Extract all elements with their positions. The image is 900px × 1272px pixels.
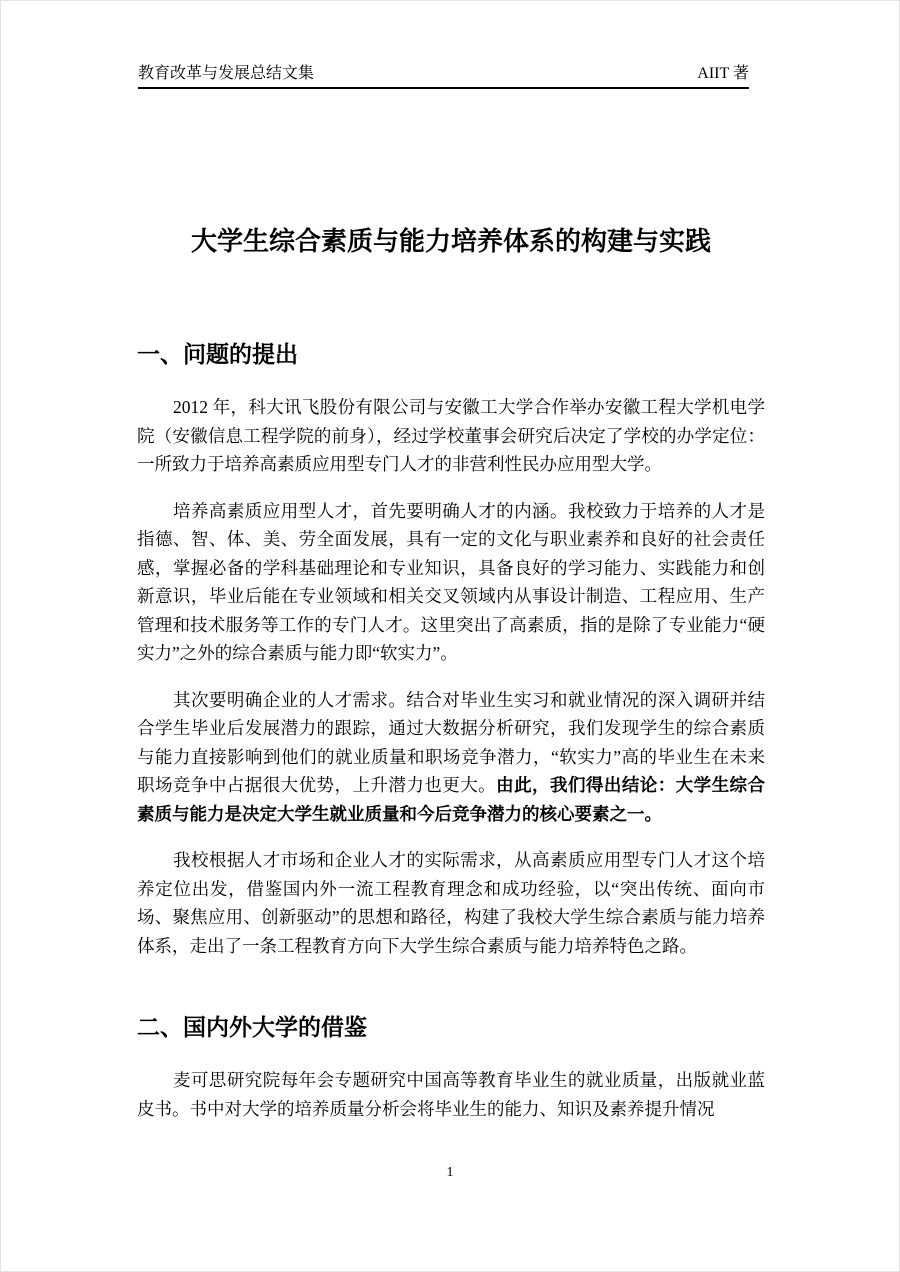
page-footer: 1 xyxy=(1,1165,899,1181)
paragraph-5: 麦可思研究院每年会专题研究中国高等教育毕业生的就业质量，出版就业蓝皮书。书中对大… xyxy=(137,1066,765,1123)
page-number: 1 xyxy=(447,1165,454,1180)
paragraph-2: 培养高素质应用型人才，首先要明确人才的内涵。我校致力于培养的人才是指德、智、体、… xyxy=(137,497,765,668)
paragraph-2-text: 培养高素质应用型人才，首先要明确人才的内涵。我校致力于培养的人才是指德、智、体、… xyxy=(137,501,765,664)
paragraph-1: 2012 年，科大讯飞股份有限公司与安徽工大学合作举办安徽工程大学机电学院（安徽… xyxy=(137,393,765,479)
document-title: 大学生综合素质与能力培养体系的构建与实践 xyxy=(137,1,765,259)
section-2-heading: 二、国内外大学的借鉴 xyxy=(137,1012,765,1042)
document-page: 教育改革与发展总结文集 AIIT 著 大学生综合素质与能力培养体系的构建与实践 … xyxy=(0,0,900,1272)
paragraph-3: 其次要明确企业的人才需求。结合对毕业生实习和就业情况的深入调研并结合学生毕业后发… xyxy=(137,686,765,829)
section-1-heading: 一、问题的提出 xyxy=(137,339,765,369)
document-content: 大学生综合素质与能力培养体系的构建与实践 一、问题的提出 2012 年，科大讯飞… xyxy=(137,1,765,1123)
paragraph-4-text: 我校根据人才市场和企业人才的实际需求，从高素质应用型专门人才这个培养定位出发，借… xyxy=(137,850,765,956)
paragraph-4: 我校根据人才市场和企业人才的实际需求，从高素质应用型专门人才这个培养定位出发，借… xyxy=(137,846,765,960)
paragraph-5-text: 麦可思研究院每年会专题研究中国高等教育毕业生的就业质量，出版就业蓝皮书。书中对大… xyxy=(137,1070,765,1119)
paragraph-1-text: 2012 年，科大讯飞股份有限公司与安徽工大学合作举办安徽工程大学机电学院（安徽… xyxy=(137,397,765,474)
